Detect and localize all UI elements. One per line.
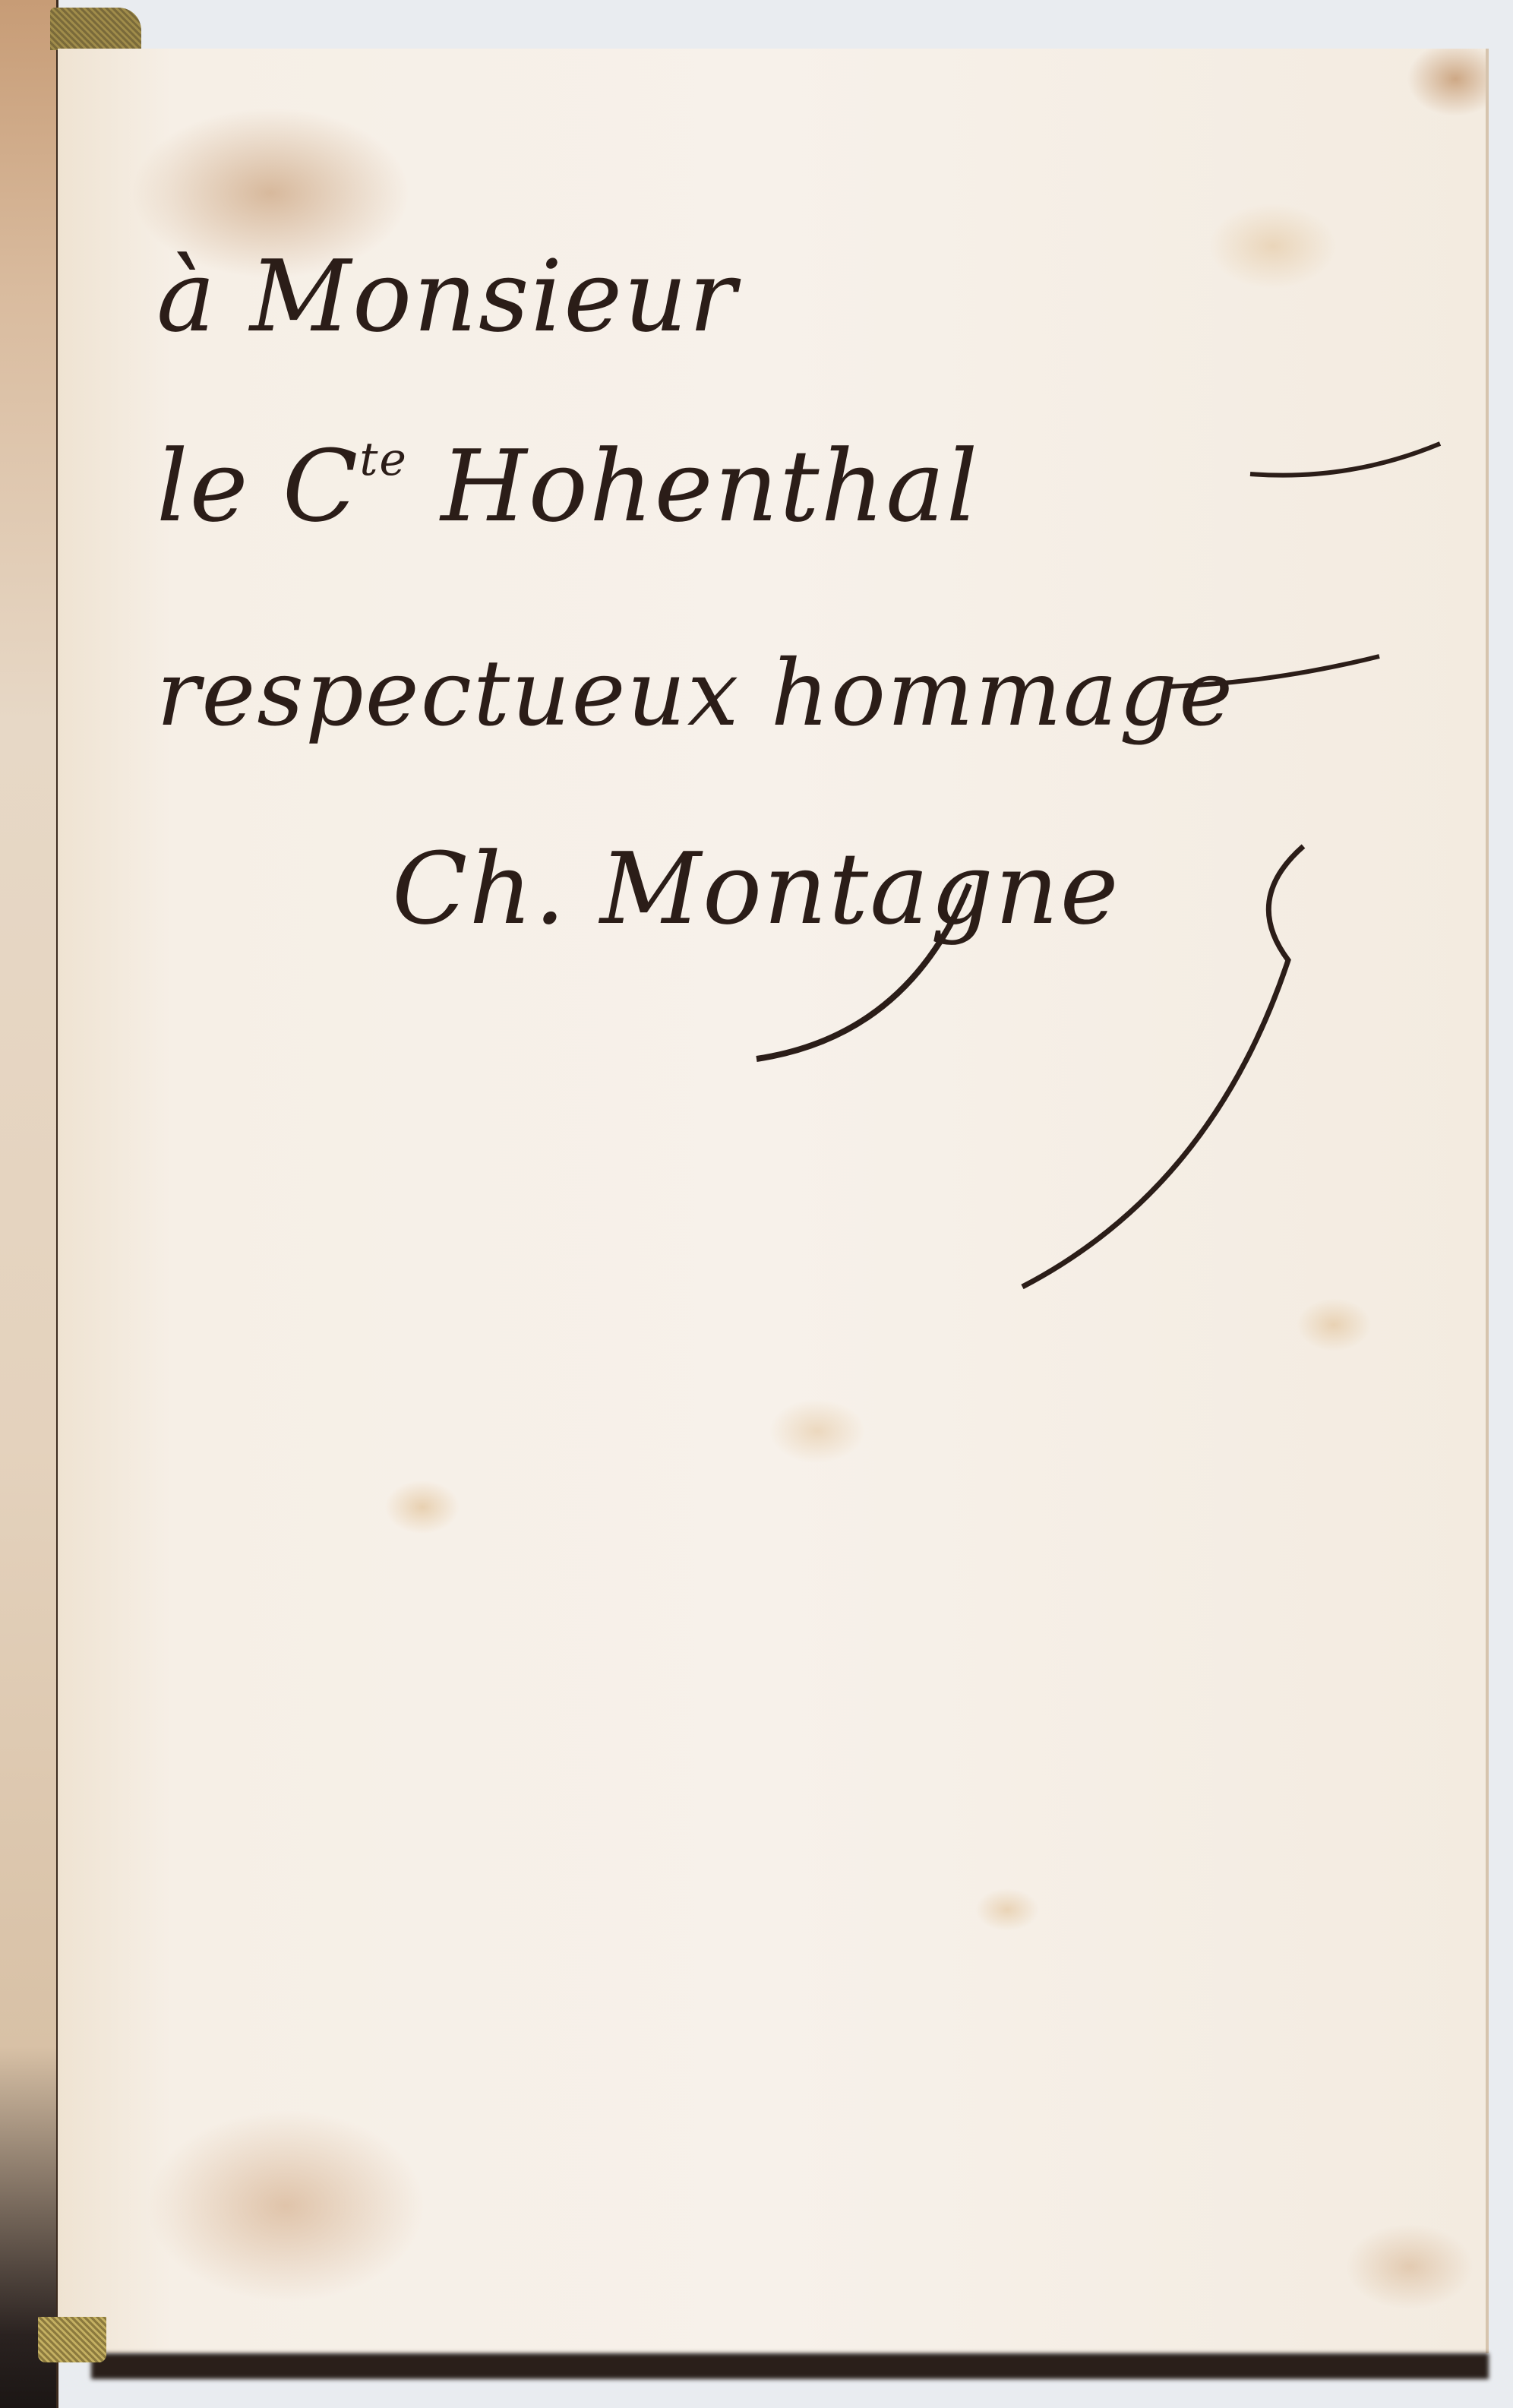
headband-top — [50, 8, 141, 50]
handwritten-inscription: à Monsieur le Cte Hohenthal respectueux … — [58, 49, 1486, 2353]
book-binding-edge — [0, 0, 58, 2408]
page-shadow — [91, 2353, 1489, 2379]
headband-bottom — [38, 2317, 106, 2362]
signature-flourish — [58, 49, 1486, 2353]
flyleaf-page: à Monsieur le Cte Hohenthal respectueux … — [58, 49, 1489, 2353]
